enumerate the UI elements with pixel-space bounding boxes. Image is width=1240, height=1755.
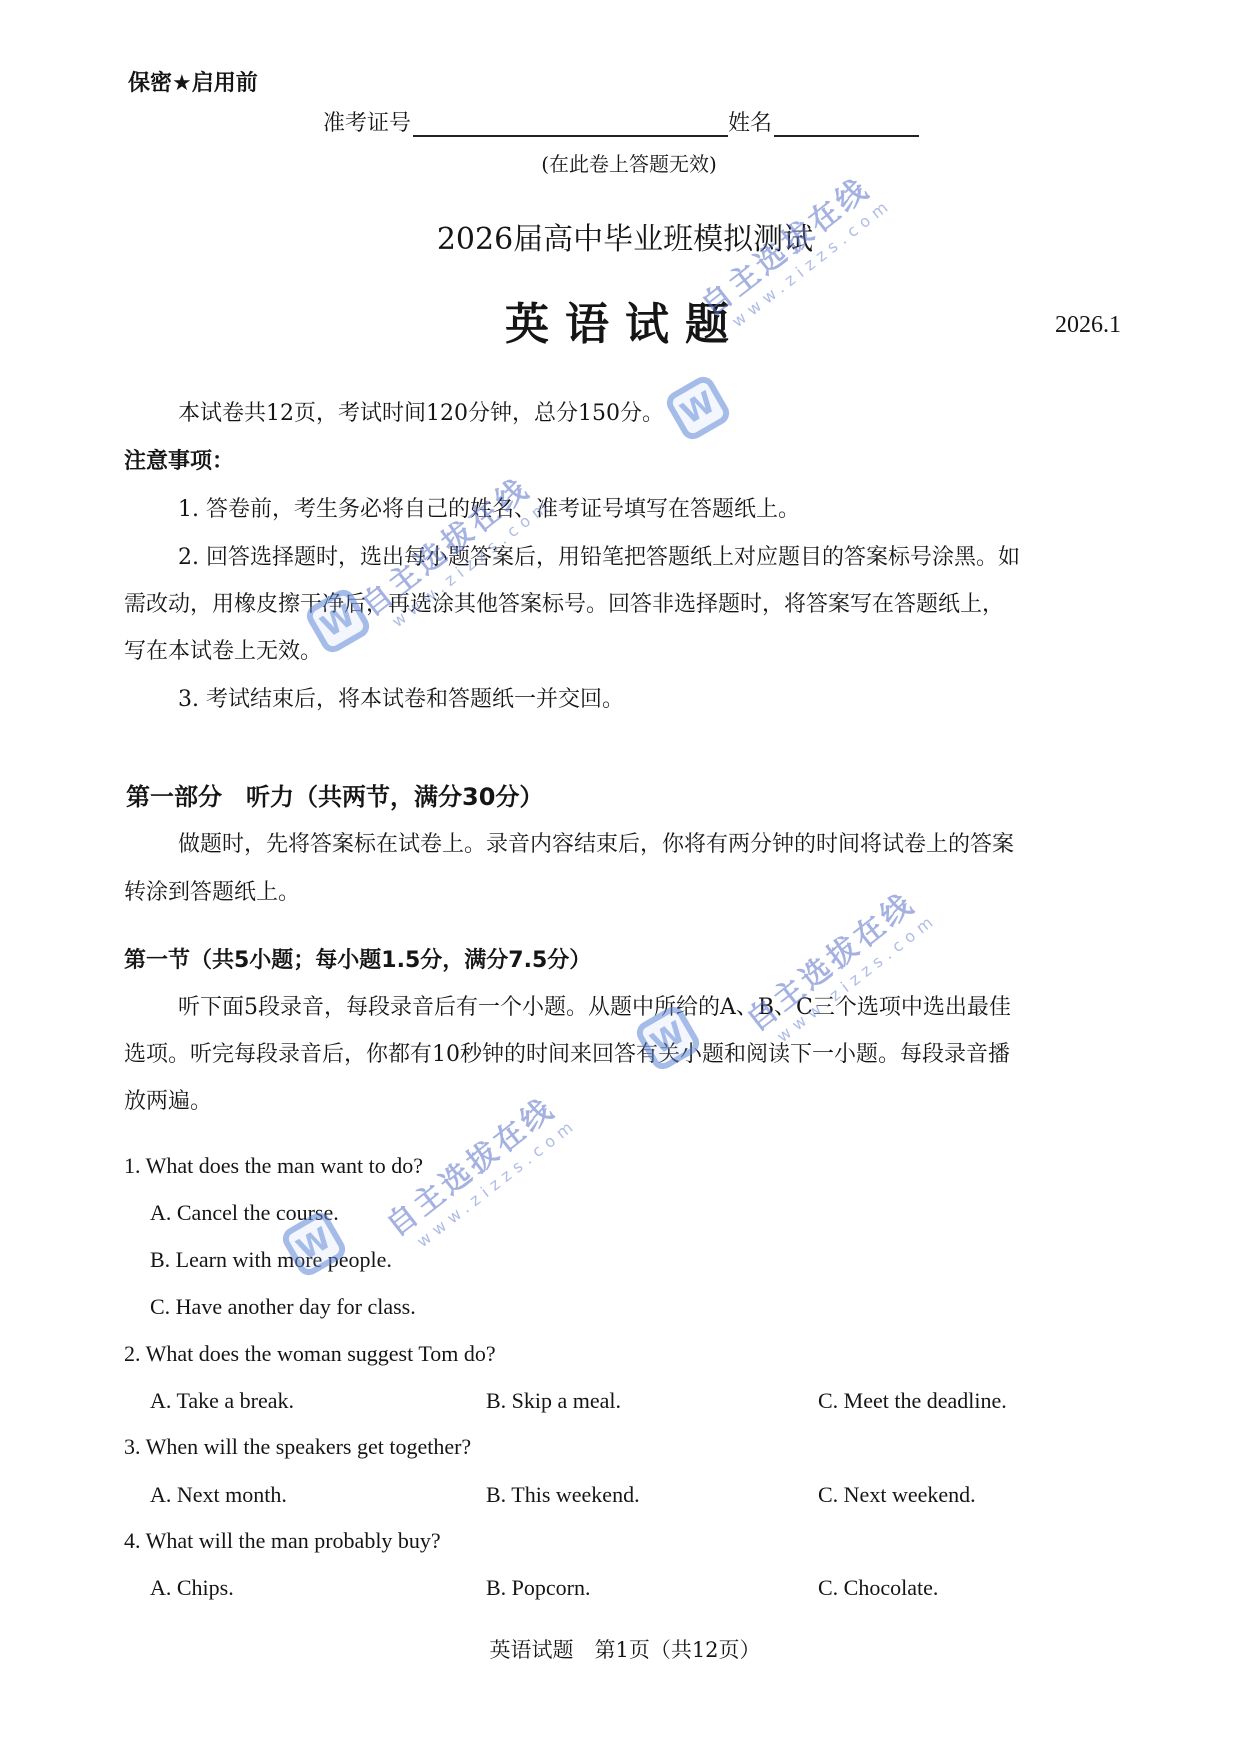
page-footer: 英语试题 第1页（共12页） — [0, 1634, 1240, 1664]
watermark-url: www.zizzs.com — [773, 909, 941, 1046]
intro-text: 本试卷共12页，考试时间120分钟，总分150分。 — [178, 396, 1178, 427]
exam-date: 2026.1 — [1055, 312, 1121, 339]
note-item-2-cont2: 写在本试卷上无效。 — [124, 634, 1124, 665]
section1-heading: 第一节（共5小题；每小题1.5分，满分7.5分） — [124, 943, 1124, 974]
page-title: 英语试题 — [0, 288, 1240, 352]
question-2-stem: 2. What does the woman suggest Tom do? — [124, 1341, 496, 1367]
name-field[interactable] — [774, 113, 919, 137]
question-1-stem: 1. What does the man want to do? — [124, 1153, 423, 1179]
note-item-3: 3. 考试结束后，将本试卷和答题纸一并交回。 — [178, 682, 1178, 713]
question-1-option-b: B. Learn with more people. — [150, 1247, 392, 1273]
question-4-option-b: B. Popcorn. — [486, 1575, 591, 1601]
candidate-info-row: 准考证号姓名 — [323, 106, 919, 137]
section1-instructions-2: 选项。听完每段录音后，你都有10秒钟的时间来回答有关小题和阅读下一小题。每段录音… — [124, 1037, 1124, 1068]
question-4-option-a: A. Chips. — [150, 1575, 234, 1601]
part1-instructions-2: 转涂到答题纸上。 — [124, 875, 1124, 906]
question-3-option-a: A. Next month. — [150, 1482, 287, 1508]
question-1-option-a: A. Cancel the course. — [150, 1200, 339, 1226]
question-2-option-c: C. Meet the deadline. — [818, 1388, 1007, 1414]
note-item-1: 1. 答卷前，考生务必将自己的姓名、准考证号填写在答题纸上。 — [178, 492, 1178, 523]
question-3-stem: 3. When will the speakers get together? — [124, 1434, 471, 1460]
part1-instructions-1: 做题时，先将答案标在试卷上。录音内容结束后，你将有两分钟的时间将试卷上的答案 — [178, 827, 1178, 858]
exam-id-field[interactable] — [413, 113, 728, 137]
note-item-2: 2. 回答选择题时，选出每小题答案后，用铅笔把答题纸上对应题目的答案标号涂黑。如 — [178, 540, 1178, 571]
section1-instructions-1: 听下面5段录音，每段录音后有一个小题。从题中所给的A、B、C三个选项中选出最佳 — [178, 990, 1178, 1021]
name-label: 姓名 — [728, 111, 772, 136]
note-item-2-cont: 需改动，用橡皮擦干净后，再选涂其他答案标号。回答非选择题时，将答案写在答题纸上， — [124, 587, 1124, 618]
question-4-option-c: C. Chocolate. — [818, 1575, 938, 1601]
part1-heading: 第一部分 听力（共两节，满分30分） — [126, 777, 1126, 812]
notes-heading: 注意事项： — [124, 444, 1124, 475]
question-2-option-a: A. Take a break. — [150, 1388, 294, 1414]
question-1-option-c: C. Have another day for class. — [150, 1294, 416, 1320]
question-2-option-b: B. Skip a meal. — [486, 1388, 621, 1414]
exam-subtitle: 2026届高中毕业班模拟测试 — [0, 214, 1240, 258]
invalid-note: (在此卷上答题无效) — [0, 148, 1240, 177]
watermark-url: www.zizzs.com — [413, 1114, 581, 1251]
question-4-stem: 4. What will the man probably buy? — [124, 1528, 441, 1554]
section1-instructions-3: 放两遍。 — [124, 1084, 1124, 1115]
question-3-option-b: B. This weekend. — [486, 1482, 640, 1508]
exam-id-label: 准考证号 — [323, 111, 411, 136]
question-3-option-c: C. Next weekend. — [818, 1482, 976, 1508]
confidential-label: 保密★启用前 — [128, 66, 258, 97]
